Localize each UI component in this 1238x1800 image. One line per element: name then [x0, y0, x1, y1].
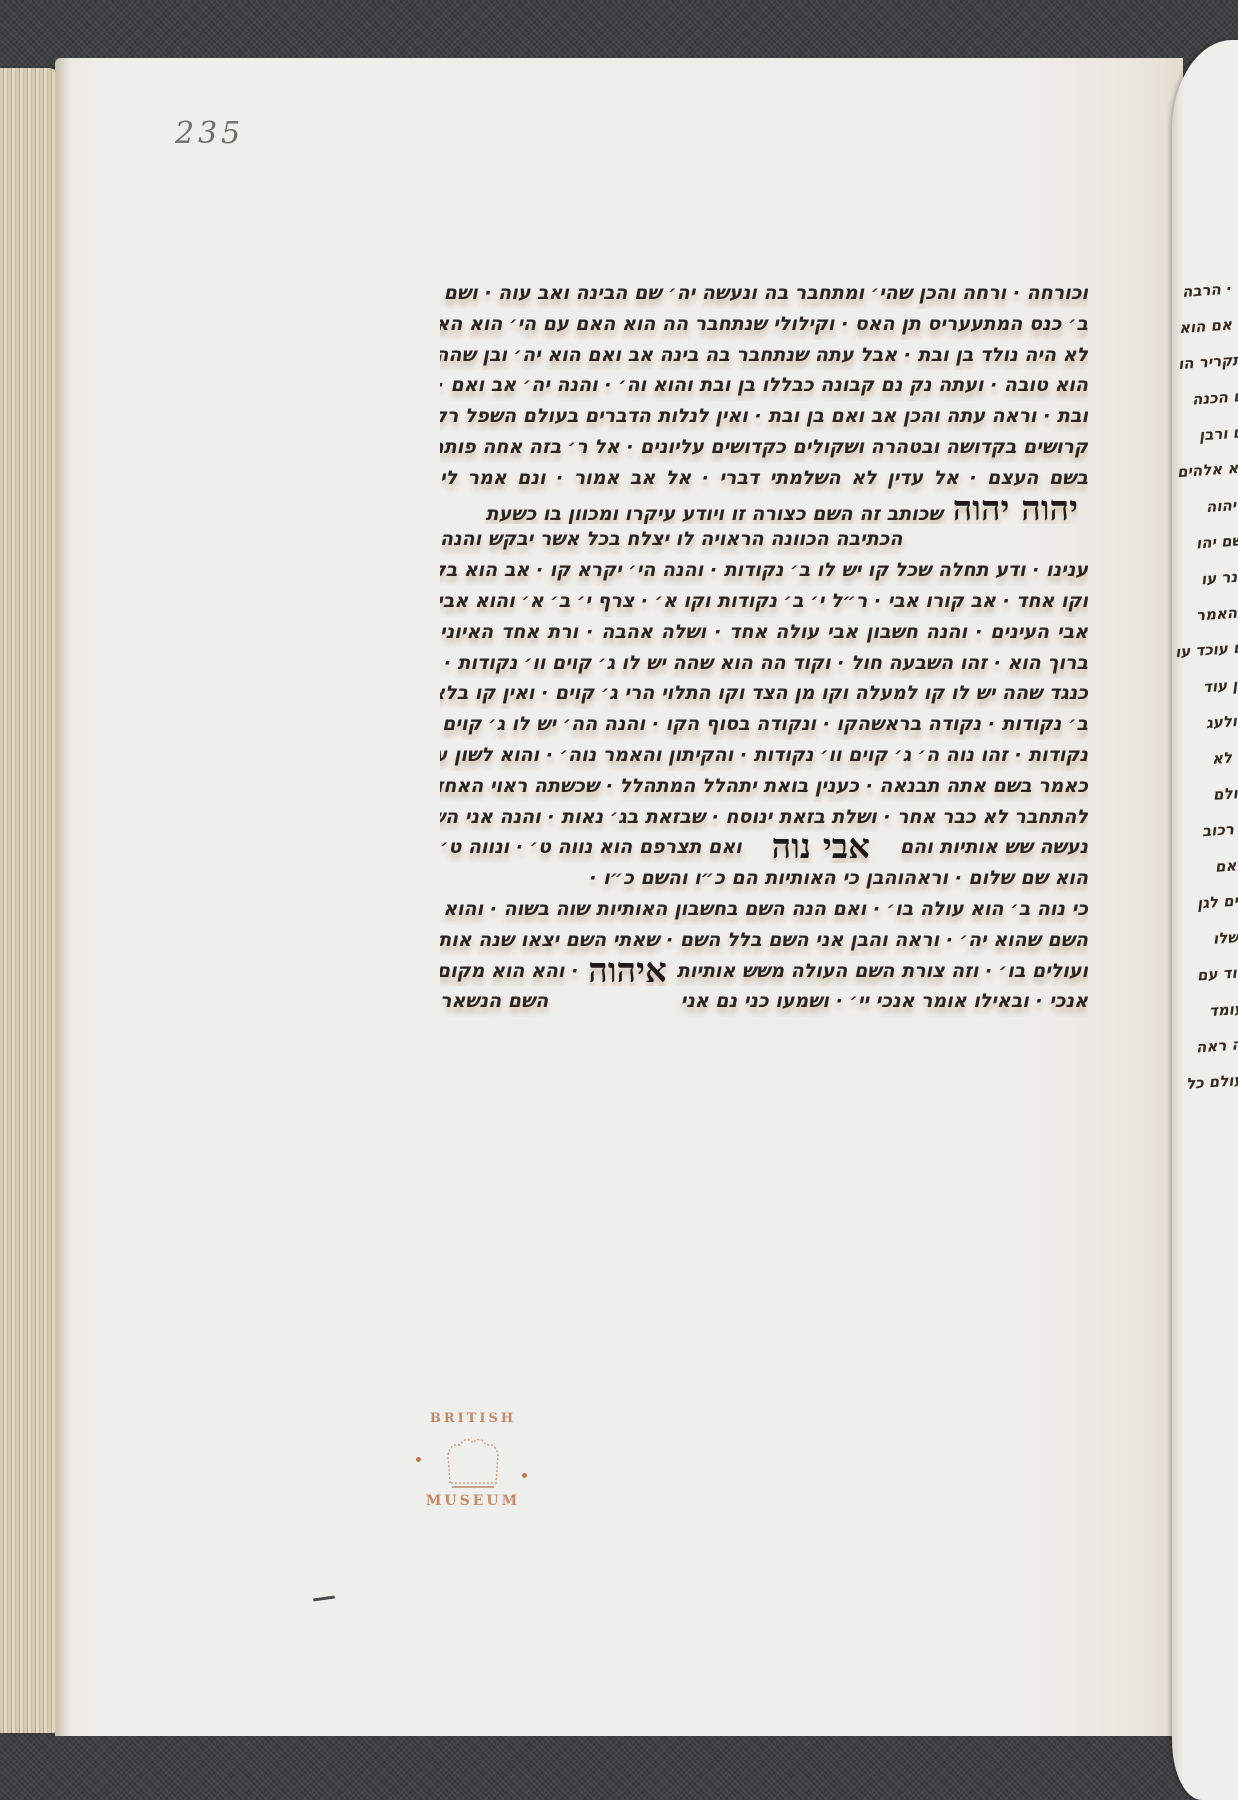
facing-line: שהסוד עם: [1196, 962, 1238, 985]
page-stack-edges: [0, 68, 62, 1733]
text-line-12: אבי העינים · והנה חשבון אבי עולה אחד · ו…: [440, 617, 1088, 648]
main-text-block: וכורחה · ורחה והכן שהי׳ ומתחבר בה ונעשה …: [440, 278, 1088, 1017]
text-line-22: השם שהוא יה׳ · וראה והבן אני השם בלל השם…: [440, 925, 1088, 956]
facing-line: ולשון עוד: [1203, 674, 1238, 696]
bleed-through-note-right: [1108, 570, 1117, 618]
divine-name-heading: איהוה: [588, 956, 667, 987]
british-museum-stamp: BRITISH MUSEUM: [408, 1405, 538, 1525]
text-line-20-start: הוא שם שלום · וראה: [903, 863, 1088, 894]
divine-name-heading: יהוה יהוה: [953, 494, 1078, 525]
facing-line: דעת רכוב: [1201, 818, 1238, 841]
text-line-23: ועולים בו׳ · וזה צורת השם העולה משש אותי…: [440, 956, 1088, 987]
text-line-4: הוא טובה · ועתה נק נם קבונה כבללו בן ובת…: [440, 370, 1088, 401]
facing-line: אל שם יהו: [1195, 530, 1238, 553]
text-line-17: כאמר בשם אתה תבנאה · כענין בואת יתהלל המ…: [440, 771, 1088, 802]
bleed-through-note-left: [236, 548, 263, 580]
text-line-23-end: · והא הוא מקום: [440, 956, 578, 987]
text-line-24-end: השם הנשאר: [440, 986, 548, 1017]
text-line-24-start: אנכי · ובאילו אומר אנכי יי׳ · ושמעו כני …: [681, 986, 1088, 1017]
facing-line: ויקרא אלהים: [1177, 457, 1238, 481]
facing-line: לגו ואם: [1215, 854, 1238, 876]
text-line-16: נקודות · זהו נוה ה׳ ג׳ קוים וו׳ נקודות ·…: [440, 740, 1088, 771]
facing-line: ובו עומד: [1208, 998, 1238, 1020]
text-line-19-end: ואם תצרפם הוא נווה ט׳ · ונווה ט׳: [440, 832, 742, 863]
facing-line: לשון לא: [1212, 746, 1238, 768]
facing-line: הוא יהוה: [1206, 494, 1238, 516]
text-line-7: בשם העצם · אל עדין לא השלמתי דברי · אל א…: [440, 463, 1088, 494]
facing-line: על עולם כל: [1186, 1069, 1238, 1093]
divine-name-heading: אבי נוה: [772, 832, 870, 863]
folio-number: 235: [175, 116, 244, 151]
text-line-5: ובת · וראה עתה והכן אב ואם בן ובת · ואין…: [440, 401, 1088, 432]
text-line-3: לא היה נולד בן ובת · אבל עתה שנתחבר בה ב…: [440, 340, 1088, 371]
facing-line: אמר אם הוא: [1178, 313, 1238, 337]
facing-line: אלהים לגן: [1196, 890, 1238, 913]
stamp-dot-right: [522, 1473, 527, 1478]
text-line-19-start: נעשה שש אותיות והם: [900, 832, 1088, 863]
text-line-23-start: ועולים בו׳ · וזה צורת השם העולה משש אותי…: [677, 956, 1088, 987]
text-line-18: להתחבר לא כבר אחר · ושלת בזאת ינוסח · שב…: [440, 802, 1088, 833]
facing-line: אלעולם: [1213, 782, 1238, 804]
text-line-6: קרושים בקדושה ובטהרה ושקולים כקדושים עלי…: [440, 432, 1088, 463]
facing-page: בינה · הרבה אמר אם הוא קר תקריר הו ולהם …: [1172, 40, 1238, 1800]
text-line-14: כנגד שהה יש לו קו למעלה וקו מן הצד וקו ה…: [440, 678, 1088, 709]
facing-line: בינה · הרבה: [1182, 277, 1238, 301]
stamp-dot-left: [416, 1457, 421, 1462]
text-line-9-body: הכתיבה הכוונה הראויה לו יצלח בכל אשר יבק…: [440, 528, 903, 550]
facing-line: לעג ולעג: [1206, 710, 1238, 732]
text-line-24: אנכי · ובאילו אומר אנכי יי׳ · ושמעו כני …: [440, 986, 1088, 1017]
text-line-20-end: והבן כי האותיות הם כ״ו והשם כ״ו ·: [589, 863, 903, 894]
text-line-9: הכתיבה הכוונה הראויה לו יצלח בכל אשר יבק…: [440, 524, 1088, 555]
facing-line: קר תקריר הו: [1178, 349, 1238, 373]
text-line-10: ענינו · ודע תחלה שכל קו יש לו ב׳ נקודות …: [440, 555, 1088, 586]
facing-line: ולהם ורבן: [1199, 422, 1238, 445]
facing-line: עולם עוכד עו: [1175, 637, 1238, 661]
text-line-19: נעשה שש אותיות והם אבי נוה ואם תצרפם הוא…: [440, 832, 1088, 863]
facing-line: ומחה ראה: [1195, 1034, 1238, 1057]
text-line-8: יהוה יהוהשכותב זה השם כצורה זו ויודע עיק…: [440, 494, 1088, 525]
facing-line: הו ענר עו: [1201, 566, 1238, 589]
facing-line: הבן שלו: [1212, 926, 1238, 948]
text-line-15: ב׳ נקודות · נקודה בראשהקו · ונקודה בסוף …: [440, 709, 1088, 740]
text-line-1: וכורחה · ורחה והכן שהי׳ ומתחבר בה ונעשה …: [440, 278, 1088, 309]
text-line-2: ב׳ כנס המתעעריס תן האס · וקילולי שנתחבר …: [440, 309, 1088, 340]
text-line-8-body: שכותב זה השם כצורה זו ויודע עיקרו ומכוון…: [486, 503, 943, 525]
facing-line: ולהם הכנה: [1191, 385, 1238, 408]
text-line-13: ברוך הוא · זהו השבעה חול · וקוד הה הוא ש…: [440, 648, 1088, 679]
text-line-20: הוא שם שלום · וראה והבן כי האותיות הם כ״…: [440, 863, 1088, 894]
facing-line: ואין האמר: [1195, 602, 1238, 625]
stamp-text-bottom: MUSEUM: [408, 1493, 538, 1509]
text-line-11: וקו אחד · אב קורו אבי · ר״ל י׳ ב׳ נקודות…: [440, 586, 1088, 617]
text-line-21: כי נוה ב׳ הוא עולה בו׳ · ואם הנה השם בחש…: [440, 894, 1088, 925]
